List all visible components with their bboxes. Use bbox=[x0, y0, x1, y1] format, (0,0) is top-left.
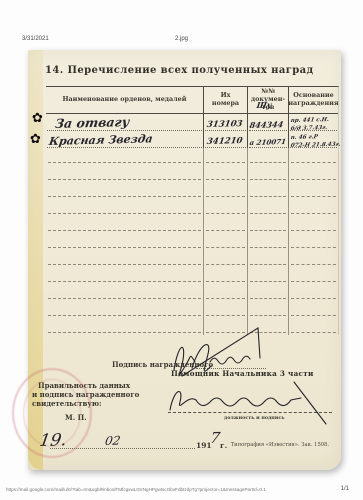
date-line-rule bbox=[50, 448, 195, 449]
table-cell-empty bbox=[46, 216, 204, 233]
table-row-empty bbox=[46, 250, 338, 267]
table-cell-empty bbox=[46, 284, 204, 301]
column-header-basis: Основание награждения bbox=[289, 87, 338, 113]
table-row-empty bbox=[46, 199, 338, 216]
table-cell-empty bbox=[204, 199, 248, 216]
table-cell-empty bbox=[289, 318, 338, 335]
table-cell-empty bbox=[204, 165, 248, 182]
table-cell-empty bbox=[46, 182, 204, 199]
table-cell-empty bbox=[204, 284, 248, 301]
table-header-row: Наименование орденов, медалей Их номера … bbox=[46, 87, 338, 114]
table-cell-empty bbox=[248, 301, 289, 318]
column-header-award-name: Наименование орденов, медалей bbox=[46, 87, 204, 113]
table-row-empty bbox=[46, 165, 338, 182]
cell-award-name: ✿ За отвагу bbox=[46, 114, 204, 131]
official-stamp-text: Помощник Начальника 3 части bbox=[171, 369, 314, 378]
table-cell-empty bbox=[289, 250, 338, 267]
cell-basis: п. 46 г.Р 072-Н 21.8.43г. bbox=[289, 131, 338, 148]
table-cell-empty bbox=[248, 267, 289, 284]
table-cell-empty bbox=[204, 267, 248, 284]
table-row-empty bbox=[46, 148, 338, 165]
table-cell-empty bbox=[289, 284, 338, 301]
typography-imprint: Типография «Известия». Зак. 1508. bbox=[231, 442, 329, 448]
table-row-empty bbox=[46, 233, 338, 250]
table-cell-empty bbox=[46, 267, 204, 284]
table-cell-empty bbox=[204, 182, 248, 199]
handwritten-basis-line1: п. 46 г.Р bbox=[290, 134, 318, 142]
scanned-document-page: 14. Перечисление всех полученных наград … bbox=[28, 50, 341, 470]
table-cell-empty bbox=[289, 233, 338, 250]
table-cell-empty bbox=[204, 216, 248, 233]
handwritten-award-name: Красная Звезда bbox=[48, 132, 154, 148]
table-cell-empty bbox=[46, 301, 204, 318]
print-footer-url: https://mail.google.com/mail/u/0/?tab=rm… bbox=[6, 487, 266, 492]
table-cell-empty bbox=[248, 250, 289, 267]
table-cell-empty bbox=[46, 199, 204, 216]
section-title: 14. Перечисление всех полученных наград bbox=[45, 65, 314, 76]
handwritten-doc-number: а 210071 bbox=[249, 137, 287, 147]
handwritten-award-number: 313103 bbox=[206, 119, 243, 130]
awards-table: Наименование орденов, медалей Их номера … bbox=[46, 86, 339, 335]
table-cell-empty bbox=[204, 250, 248, 267]
table-row-award: ✿ Красная Звезда 341210 а 210071 п. 46 г… bbox=[46, 131, 338, 148]
table-cell-empty bbox=[289, 267, 338, 284]
table-cell-empty bbox=[46, 148, 204, 165]
table-cell-empty bbox=[248, 199, 289, 216]
table-cell-empty bbox=[46, 233, 204, 250]
table-cell-empty bbox=[46, 165, 204, 182]
print-header-filename: 2.jpg bbox=[0, 36, 363, 42]
handwritten-date-day: 19. bbox=[38, 430, 68, 451]
award-star-stamp-icon: ✿ bbox=[30, 133, 41, 146]
table-row-empty bbox=[46, 284, 338, 301]
table-cell-empty bbox=[248, 148, 289, 165]
table-cell-empty bbox=[46, 250, 204, 267]
handwritten-doc-number: 844344 bbox=[249, 119, 284, 130]
award-star-stamp-icon: ✿ bbox=[32, 112, 43, 125]
handwritten-award-name: За отвагу bbox=[54, 114, 130, 131]
table-row-empty bbox=[46, 267, 338, 284]
table-cell-empty bbox=[204, 233, 248, 250]
table-cell-empty bbox=[289, 148, 338, 165]
table-cell-empty bbox=[289, 199, 338, 216]
table-cell-empty bbox=[204, 301, 248, 318]
table-cell-empty bbox=[248, 216, 289, 233]
handwritten-basis-line1: пр. 441 с.Н. bbox=[290, 117, 329, 125]
table-cell-empty bbox=[248, 182, 289, 199]
position-signature-caption: должность и подпись bbox=[224, 415, 285, 421]
empty-table-rows bbox=[46, 148, 338, 335]
printed-year-suffix: г. bbox=[220, 441, 227, 450]
table-cell-empty bbox=[248, 284, 289, 301]
ink-scribble: Шу bbox=[256, 100, 273, 110]
print-footer-page-indicator: 1/1 bbox=[341, 486, 349, 492]
cell-award-name: ✿ Красная Звезда bbox=[46, 131, 204, 148]
certifier-signature-line bbox=[168, 412, 332, 413]
cell-award-number: 313103 bbox=[204, 114, 248, 131]
column-header-numbers: Их номера bbox=[204, 87, 248, 113]
handwritten-date-month: 02 bbox=[104, 434, 121, 448]
table-row-empty bbox=[46, 182, 338, 199]
cell-basis: пр. 441 с.Н. б/д 3.7.43г. bbox=[289, 114, 338, 131]
table-cell-empty bbox=[289, 301, 338, 318]
table-cell-empty bbox=[248, 165, 289, 182]
table-cell-empty bbox=[289, 182, 338, 199]
handwritten-award-number: 341210 bbox=[206, 136, 243, 147]
table-cell-empty bbox=[289, 165, 338, 182]
table-row-empty bbox=[46, 216, 338, 233]
cell-doc-number: а 210071 bbox=[248, 131, 289, 148]
cell-doc-number: Шу 844344 bbox=[248, 114, 289, 131]
table-cell-empty bbox=[248, 233, 289, 250]
table-row-award: ✿ За отвагу 313103 Шу 844344 пр. 441 с.Н… bbox=[46, 114, 338, 131]
table-cell-empty bbox=[204, 148, 248, 165]
table-cell-empty bbox=[289, 216, 338, 233]
table-row-empty bbox=[46, 301, 338, 318]
cell-award-number: 341210 bbox=[204, 131, 248, 148]
